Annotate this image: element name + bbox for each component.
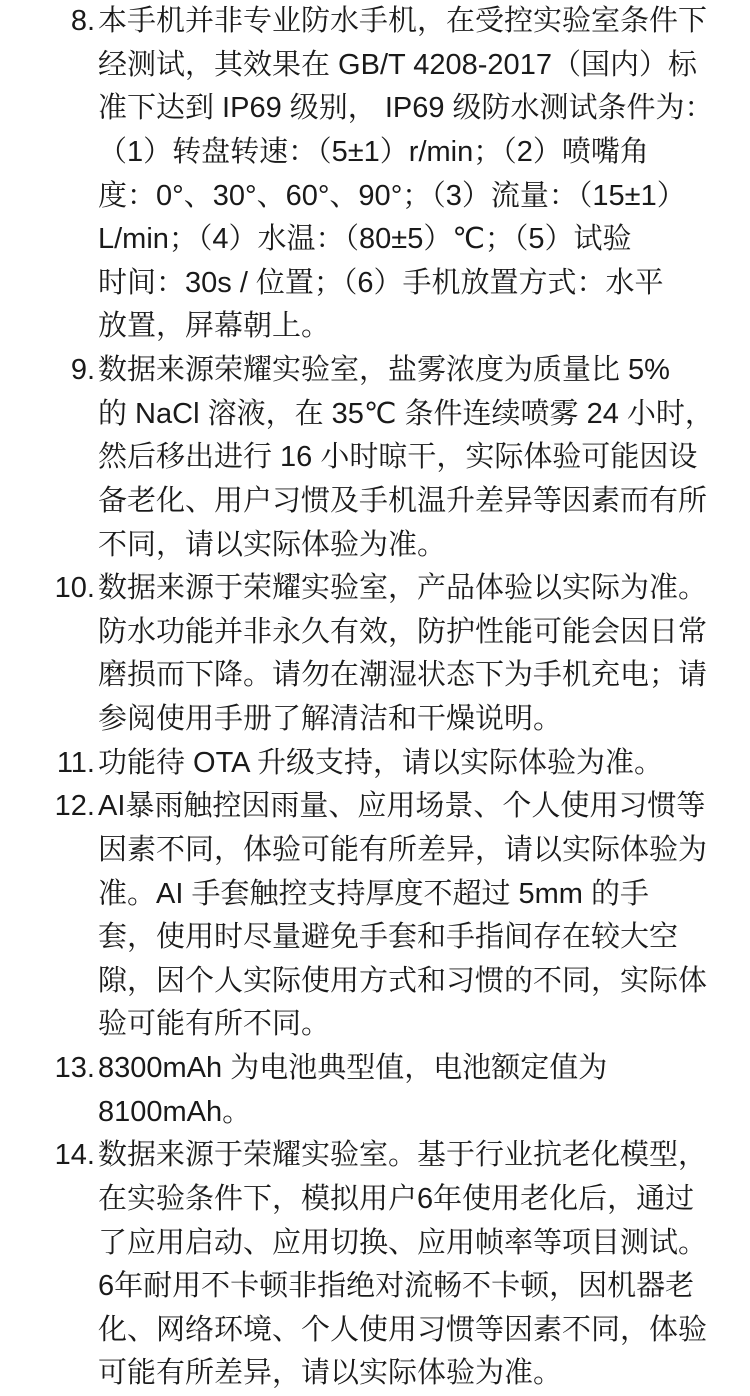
- footnote-item-9: 9. 数据来源荣耀实验室，盐雾浓度为质量比 5% 的 NaCl 溶液，在 35℃…: [0, 349, 750, 567]
- footnote-text: 数据来源荣耀实验室，盐雾浓度为质量比 5% 的 NaCl 溶液，在 35℃ 条件…: [98, 349, 750, 567]
- text-line: AI暴雨触控因雨量、应用场景、个人使用习惯等: [98, 785, 750, 829]
- disclaimer-notes-list: 8. 本手机并非专业防水手机，在受控实验室条件下 经测试，其效果在 GB/T 4…: [0, 0, 750, 1396]
- text-line: 备老化、用户习惯及手机温升差异等因素而有所: [98, 480, 750, 524]
- text-line: 了应用启动、应用切换、应用帧率等项目测试。: [98, 1222, 750, 1266]
- text-line: 数据来源荣耀实验室，盐雾浓度为质量比 5%: [98, 349, 750, 393]
- text-line: 数据来源于荣耀实验室，产品体验以实际为准。: [98, 567, 750, 611]
- text-line: 因素不同，体验可能有所差异，请以实际体验为: [98, 829, 750, 873]
- footnote-text: 数据来源于荣耀实验室，产品体验以实际为准。 防水功能并非永久有效，防护性能可能会…: [98, 567, 750, 742]
- text-line: （1）转盘转速：（5±1）r/min；（2）喷嘴角: [98, 131, 750, 175]
- text-line: 数据来源于荣耀实验室。基于行业抗老化模型，: [98, 1134, 750, 1178]
- text-line: 不同，请以实际体验为准。: [98, 524, 750, 568]
- text-line: 度：0°、30°、60°、90°；（3）流量：（15±1）: [98, 175, 750, 219]
- text-line: 然后移出进行 16 小时晾干，实际体验可能因设: [98, 436, 750, 480]
- text-line: 本手机并非专业防水手机，在受控实验室条件下: [98, 0, 750, 44]
- list-item-number: 10.: [0, 567, 95, 611]
- text-line: 可能有所差异，请以实际体验为准。: [98, 1352, 750, 1396]
- text-line: 6年耐用不卡顿非指绝对流畅不卡顿，因机器老: [98, 1265, 750, 1309]
- list-item-number: 9.: [0, 349, 95, 393]
- text-line: 验可能有所不同。: [98, 1003, 750, 1047]
- footnote-item-14: 14. 数据来源于荣耀实验室。基于行业抗老化模型， 在实验条件下，模拟用户6年使…: [0, 1134, 750, 1396]
- text-line: 准下达到 IP69 级别， IP69 级防水测试条件为：: [98, 87, 750, 131]
- footnote-item-11: 11. 功能待 OTA 升级支持，请以实际体验为准。: [0, 742, 750, 786]
- text-line: L/min；（4）水温：（80±5）℃；（5）试验: [98, 218, 750, 262]
- footnote-item-8: 8. 本手机并非专业防水手机，在受控实验室条件下 经测试，其效果在 GB/T 4…: [0, 0, 750, 349]
- text-line: 隙，因个人实际使用方式和习惯的不同，实际体: [98, 960, 750, 1004]
- footnote-item-13: 13. 8300mAh 为电池典型值，电池额定值为 8100mAh。: [0, 1047, 750, 1134]
- text-line: 8100mAh。: [98, 1091, 750, 1135]
- list-item-number: 12.: [0, 785, 95, 829]
- list-item-number: 14.: [0, 1134, 95, 1178]
- text-line: 准。AI 手套触控支持厚度不超过 5mm 的手: [98, 873, 750, 917]
- footnote-text: 本手机并非专业防水手机，在受控实验室条件下 经测试，其效果在 GB/T 4208…: [98, 0, 750, 349]
- footnote-text: AI暴雨触控因雨量、应用场景、个人使用习惯等 因素不同，体验可能有所差异，请以实…: [98, 785, 750, 1047]
- text-line: 经测试，其效果在 GB/T 4208-2017（国内）标: [98, 44, 750, 88]
- text-line: 套，使用时尽量避免手套和手指间存在较大空: [98, 916, 750, 960]
- text-line: 防水功能并非永久有效，防护性能可能会因日常: [98, 611, 750, 655]
- text-line: 化、网络环境、个人使用习惯等因素不同，体验: [98, 1309, 750, 1353]
- text-line: 在实验条件下，模拟用户6年使用老化后，通过: [98, 1178, 750, 1222]
- text-line: 8300mAh 为电池典型值，电池额定值为: [98, 1047, 750, 1091]
- text-line: 磨损而下降。请勿在潮湿状态下为手机充电；请: [98, 654, 750, 698]
- footnote-item-10: 10. 数据来源于荣耀实验室，产品体验以实际为准。 防水功能并非永久有效，防护性…: [0, 567, 750, 742]
- footnote-text: 功能待 OTA 升级支持，请以实际体验为准。: [98, 742, 750, 786]
- list-item-number: 13.: [0, 1047, 95, 1091]
- text-line: 功能待 OTA 升级支持，请以实际体验为准。: [98, 742, 750, 786]
- text-line: 参阅使用手册了解清洁和干燥说明。: [98, 698, 750, 742]
- text-line: 放置，屏幕朝上。: [98, 305, 750, 349]
- footnote-text: 8300mAh 为电池典型值，电池额定值为 8100mAh。: [98, 1047, 750, 1134]
- list-item-number: 8.: [0, 0, 95, 44]
- list-item-number: 11.: [0, 742, 95, 786]
- footnote-text: 数据来源于荣耀实验室。基于行业抗老化模型， 在实验条件下，模拟用户6年使用老化后…: [98, 1134, 750, 1396]
- footnote-item-12: 12. AI暴雨触控因雨量、应用场景、个人使用习惯等 因素不同，体验可能有所差异…: [0, 785, 750, 1047]
- text-line: 时间：30s / 位置；（6）手机放置方式：水平: [98, 262, 750, 306]
- text-line: 的 NaCl 溶液，在 35℃ 条件连续喷雾 24 小时，: [98, 393, 750, 437]
